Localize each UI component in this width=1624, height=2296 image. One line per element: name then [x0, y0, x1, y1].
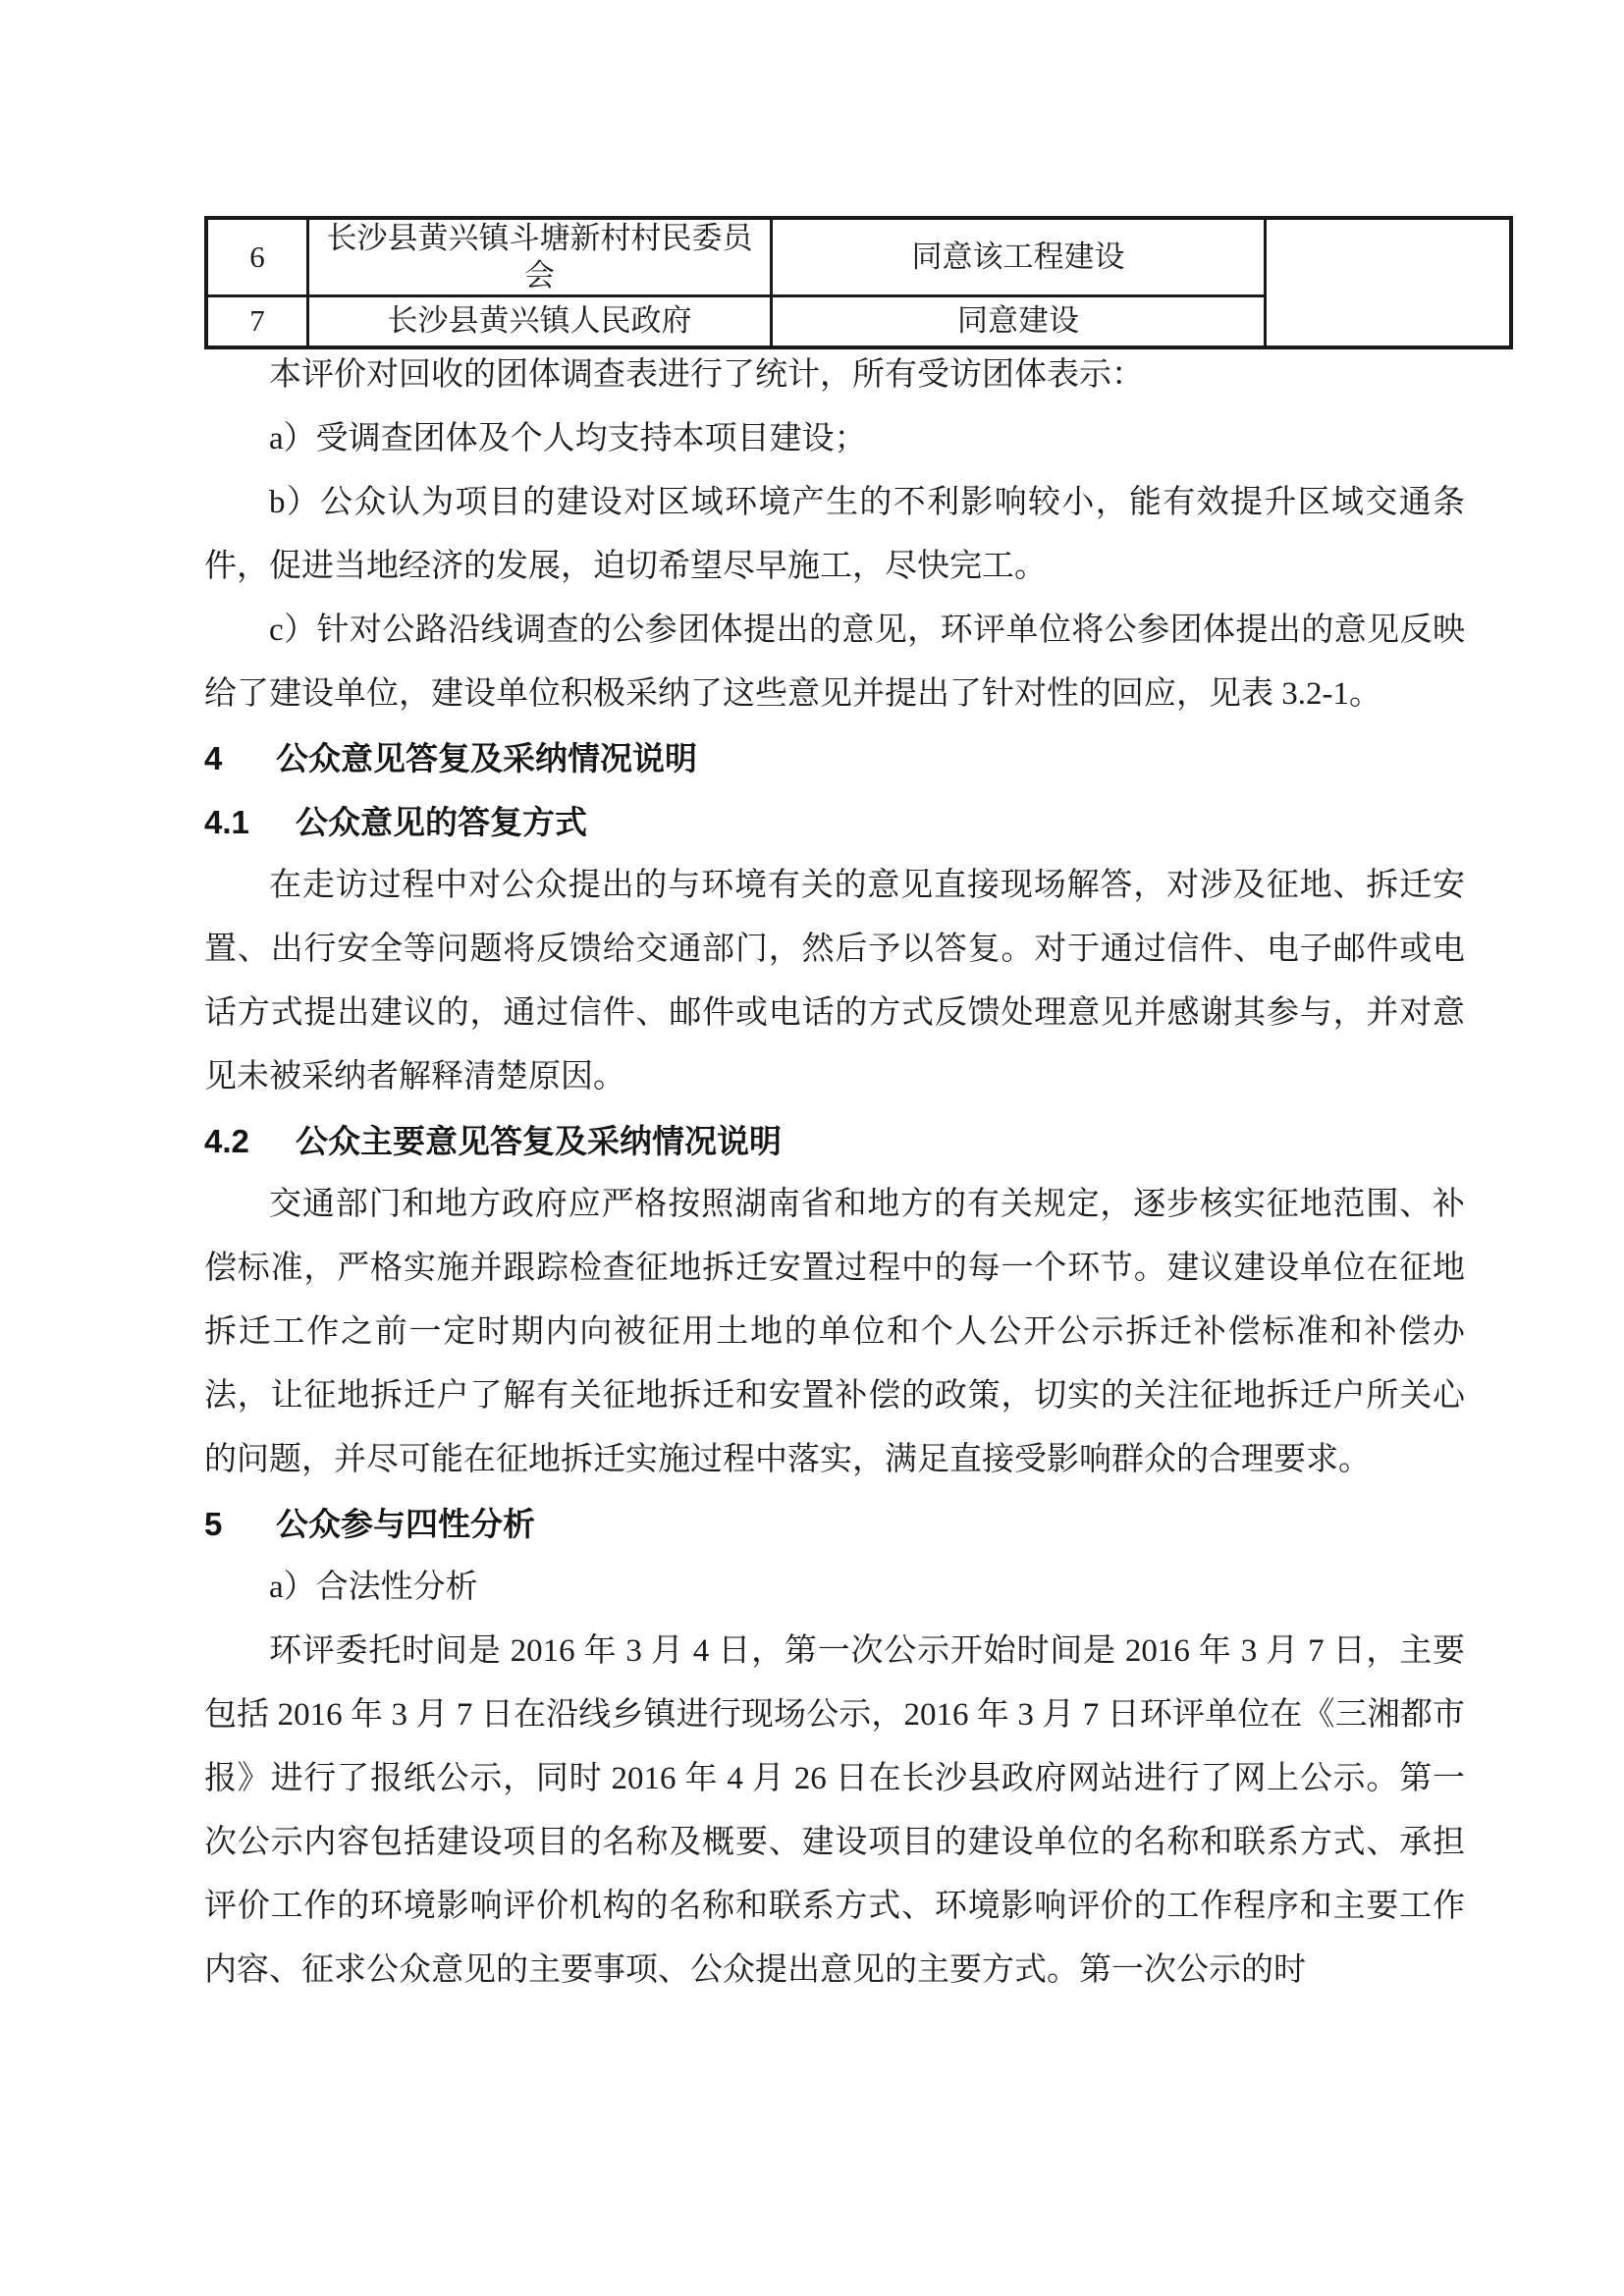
heading-number: 4.2: [204, 1109, 296, 1173]
subsection-heading-4-1: 4.1公众意见的答复方式: [204, 790, 1465, 854]
organization-cell: 长沙县黄兴镇斗塘新村村民委员会: [308, 218, 772, 296]
opinion-cell: 同意该工程建设: [772, 218, 1266, 296]
paragraph-item-a: a）受调查团体及个人均支持本项目建设；: [204, 407, 1465, 471]
heading-number: 5: [204, 1492, 276, 1556]
survey-results-table: 6 长沙县黄兴镇斗塘新村村民委员会 同意该工程建设 7 长沙县黄兴镇人民政府 同…: [204, 216, 1513, 349]
opinion-cell: 同意建设: [772, 296, 1266, 347]
heading-text: 公众主要意见答复及采纳情况说明: [296, 1123, 782, 1159]
heading-text: 公众意见答复及采纳情况说明: [276, 740, 697, 776]
page-content: 6 长沙县黄兴镇斗塘新村村民委员会 同意该工程建设 7 长沙县黄兴镇人民政府 同…: [204, 216, 1465, 2002]
table-row: 6 长沙县黄兴镇斗塘新村村民委员会 同意该工程建设: [206, 218, 1511, 296]
paragraph-adoption: 交通部门和地方政府应严格按照湖南省和地方的有关规定，逐步核实征地范围、补偿标准，…: [204, 1173, 1465, 1492]
heading-number: 4.1: [204, 790, 296, 854]
row-number-cell: 7: [206, 296, 308, 347]
row-number-cell: 6: [206, 218, 308, 296]
note-cell-merged: [1266, 218, 1512, 347]
paragraph-item-c: c）针对公路沿线调查的公参团体提出的意见，环评单位将公参团体提出的意见反映给了建…: [204, 599, 1465, 726]
heading-text: 公众意见的答复方式: [296, 804, 587, 840]
section-heading-5: 5公众参与四性分析: [204, 1492, 1465, 1556]
section-heading-4: 4公众意见答复及采纳情况说明: [204, 726, 1465, 790]
paragraph-item-b: b）公众认为项目的建设对区域环境产生的不利影响较小，能有效提升区域交通条件，促进…: [204, 471, 1465, 599]
paragraph-legality-title: a）合法性分析: [204, 1556, 1465, 1620]
heading-text: 公众参与四性分析: [276, 1506, 535, 1542]
organization-cell: 长沙县黄兴镇人民政府: [308, 296, 772, 347]
paragraph-summary: 本评价对回收的团体调查表进行了统计，所有受访团体表示：: [204, 344, 1465, 407]
heading-number: 4: [204, 726, 276, 790]
paragraph-legality-body: 环评委托时间是 2016 年 3 月 4 日，第一次公示开始时间是 2016 年…: [204, 1620, 1465, 2002]
paragraph-reply-method: 在走访过程中对公众提出的与环境有关的意见直接现场解答，对涉及征地、拆迁安置、出行…: [204, 854, 1465, 1109]
subsection-heading-4-2: 4.2公众主要意见答复及采纳情况说明: [204, 1109, 1465, 1173]
document-page: 6 长沙县黄兴镇斗塘新村村民委员会 同意该工程建设 7 长沙县黄兴镇人民政府 同…: [0, 0, 1624, 2296]
